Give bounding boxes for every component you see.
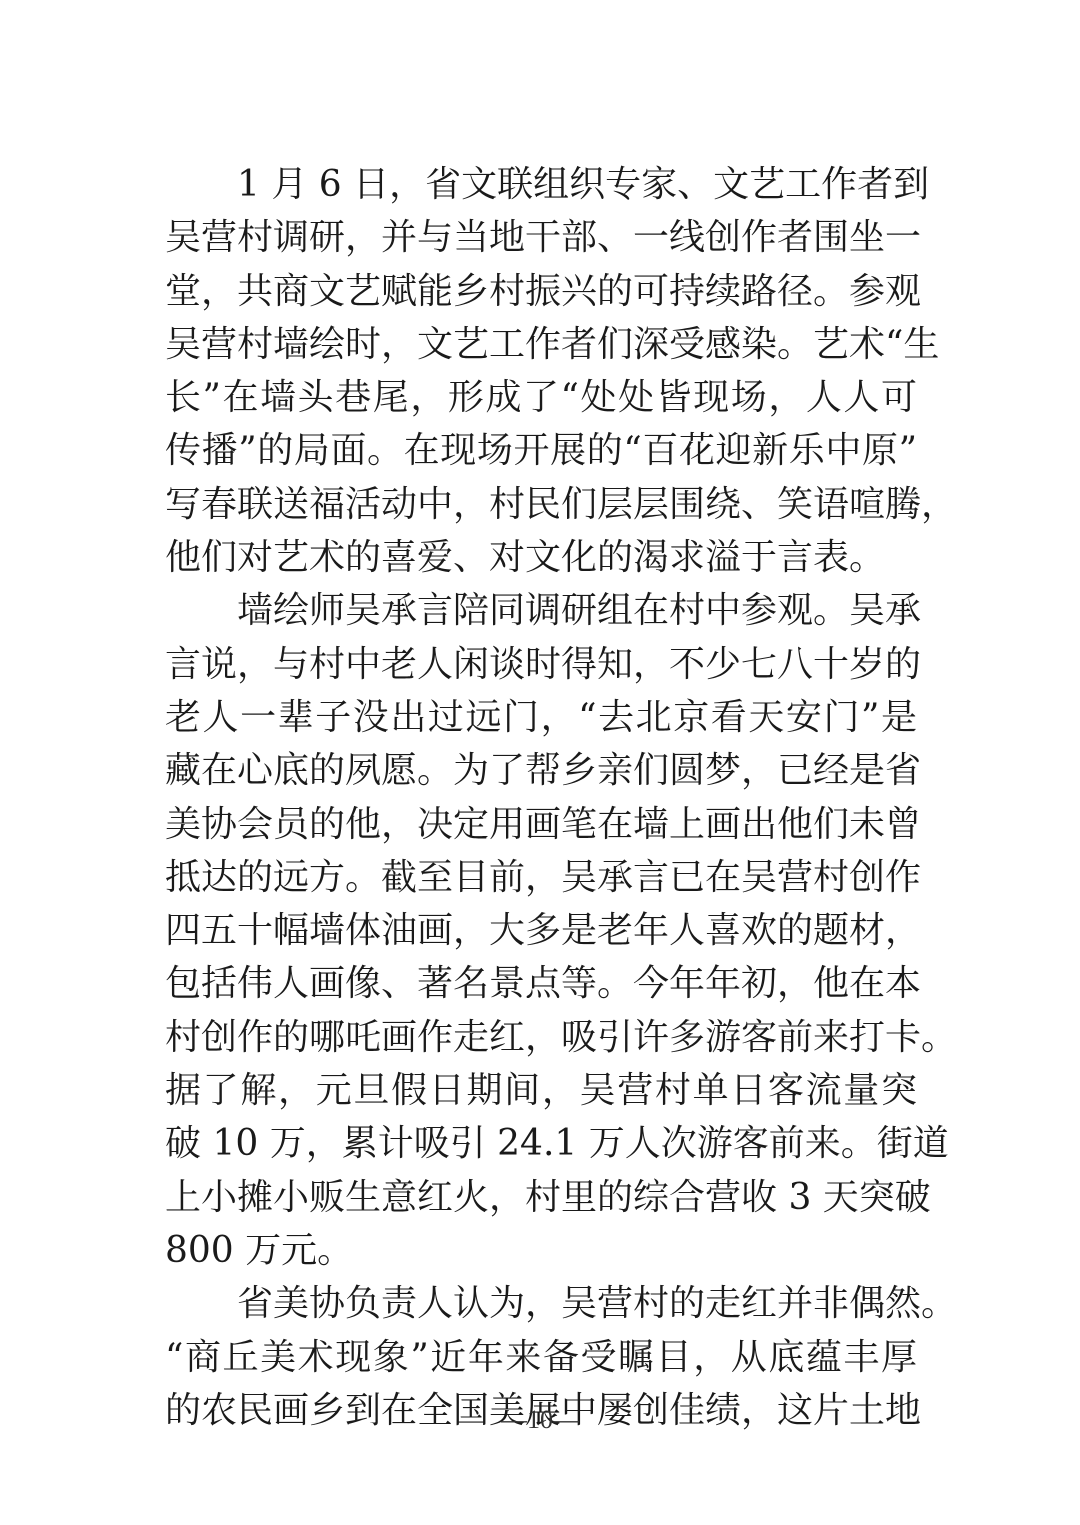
text-line: 四五十幅墙体油画，大多是老年人喜欢的题材， [165, 904, 917, 957]
text-line: 省美协负责人认为，吴营村的走红并非偶然。 [165, 1277, 917, 1330]
text-line: 他们对艺术的喜爱、对文化的渴求溢于言表。 [165, 531, 917, 584]
text-line: 吴营村墙绘时，文艺工作者们深受感染。艺术“生 [165, 318, 917, 371]
text-line: 村创作的哪吒画作走红，吸引许多游客前来打卡。 [165, 1011, 917, 1064]
page-number: —10— [0, 1400, 1080, 1440]
text-line: “商丘美术现象”近年来备受瞩目，从底蕴丰厚 [165, 1331, 917, 1384]
text-line: 抵达的远方。截至目前，吴承言已在吴营村创作 [165, 851, 917, 904]
text-line: 传播”的局面。在现场开展的“百花迎新乐中原” [165, 424, 917, 477]
text-line: 言说，与村中老人闲谈时得知，不少七八十岁的 [165, 638, 917, 691]
text-line: 800 万元。 [165, 1224, 917, 1277]
text-line: 长”在墙头巷尾，形成了“处处皆现场，人人可 [165, 371, 917, 424]
document-page: 1 月 6 日，省文联组织专家、文艺工作者到 吴营村调研，并与当地干部、一线创作… [0, 0, 1080, 1525]
text-line: 上小摊小贩生意红火，村里的综合营收 3 天突破 [165, 1171, 917, 1224]
text-line: 包括伟人画像、著名景点等。今年年初，他在本 [165, 957, 917, 1010]
text-line: 墙绘师吴承言陪同调研组在村中参观。吴承 [165, 584, 917, 637]
text-line: 堂，共商文艺赋能乡村振兴的可持续路径。参观 [165, 265, 917, 318]
text-line: 据了解，元旦假日期间，吴营村单日客流量突 [165, 1064, 917, 1117]
text-line: 美协会员的他，决定用画笔在墙上画出他们未曾 [165, 798, 917, 851]
text-line: 写春联送福活动中，村民们层层围绕、笑语喧腾， [165, 478, 917, 531]
text-line: 老人一辈子没出过远门，“去北京看天安门”是 [165, 691, 917, 744]
body-text: 1 月 6 日，省文联组织专家、文艺工作者到 吴营村调研，并与当地干部、一线创作… [165, 158, 917, 1437]
text-line: 吴营村调研，并与当地干部、一线创作者围坐一 [165, 211, 917, 264]
text-line: 1 月 6 日，省文联组织专家、文艺工作者到 [165, 158, 917, 211]
text-line: 藏在心底的夙愿。为了帮乡亲们圆梦，已经是省 [165, 744, 917, 797]
text-line: 破 10 万，累计吸引 24.1 万人次游客前来。街道 [165, 1117, 917, 1170]
